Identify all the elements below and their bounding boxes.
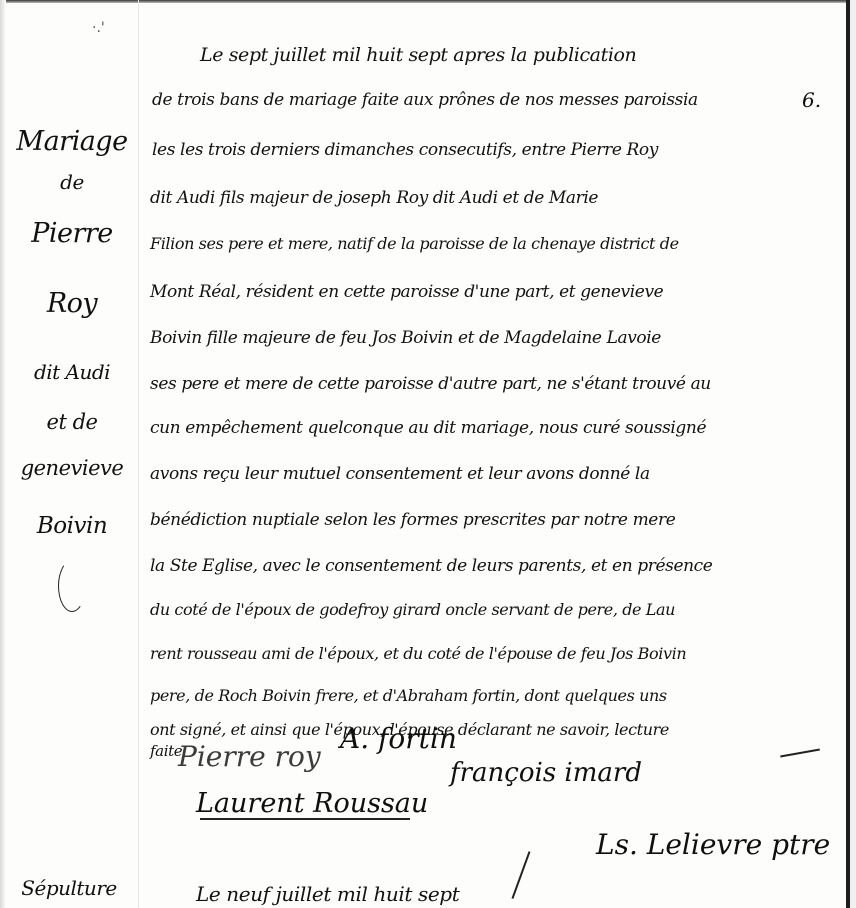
body-line: avons reçu leur mutuel consentement et l… — [150, 464, 650, 484]
signature-flourish-stroke — [780, 749, 820, 757]
page-left-shadow — [0, 0, 6, 908]
page-top-edge — [0, 0, 856, 3]
signature-groom: Pierre roy — [178, 740, 321, 773]
body-line: rent rousseau ami de l'époux, et du coté… — [150, 644, 686, 663]
signature-priest: Ls. Lelievre ptre — [596, 828, 830, 861]
margin-word: Pierre — [8, 220, 136, 247]
body-line: bénédiction nuptiale selon les formes pr… — [150, 510, 675, 530]
body-line: Le sept juillet mil huit sept apres la p… — [200, 44, 636, 66]
body-line: de trois bans de mariage faite aux prône… — [152, 90, 698, 110]
signature-slash — [511, 851, 530, 898]
register-page: ·.' 6. Mariage de Pierre Roy dit Audi et… — [0, 0, 856, 908]
body-line: Mont Réal, résident en cette paroisse d'… — [150, 282, 663, 302]
body-line: Boivin fille majeure de feu Jos Boivin e… — [150, 328, 661, 348]
body-line: du coté de l'époux de godefroy girard on… — [150, 600, 675, 619]
body-line: pere, de Roch Boivin frere, et d'Abraham… — [150, 686, 667, 705]
body-line: cun empêchement quelconque au dit mariag… — [150, 418, 706, 438]
margin-word: dit Audi — [8, 362, 136, 382]
margin-divider — [138, 0, 139, 908]
margin-word: genevieve — [8, 458, 136, 479]
next-entry-first-line: Le neuf juillet mil huit sept — [196, 882, 459, 906]
margin-word: et de — [8, 412, 136, 433]
signature-witness-initials: A. fortin — [340, 722, 457, 755]
margin-word: Boivin — [8, 515, 136, 538]
margin-flourish — [58, 560, 86, 612]
scan-background — [850, 0, 856, 908]
margin-word: de — [8, 172, 136, 192]
margin-note-burial: Sépulture — [14, 878, 124, 898]
body-line: ses pere et mere de cette paroisse d'aut… — [150, 374, 711, 394]
body-line: les les trois derniers dimanches consecu… — [152, 140, 658, 160]
ink-marks: ·.' — [92, 20, 105, 36]
body-line: Filion ses pere et mere, natif de la par… — [150, 234, 679, 253]
body-line: la Ste Eglise, avec le consentement de l… — [150, 556, 712, 576]
folio-number: 6. — [802, 88, 821, 112]
signature-witness-1: Laurent Roussau — [196, 788, 428, 819]
signature-witness-2: françois imard — [450, 758, 642, 788]
signature-underline — [200, 818, 410, 820]
margin-word: Mariage — [8, 128, 136, 155]
margin-word: Roy — [8, 290, 136, 317]
body-line: dit Audi fils majeur de joseph Roy dit A… — [150, 188, 598, 208]
